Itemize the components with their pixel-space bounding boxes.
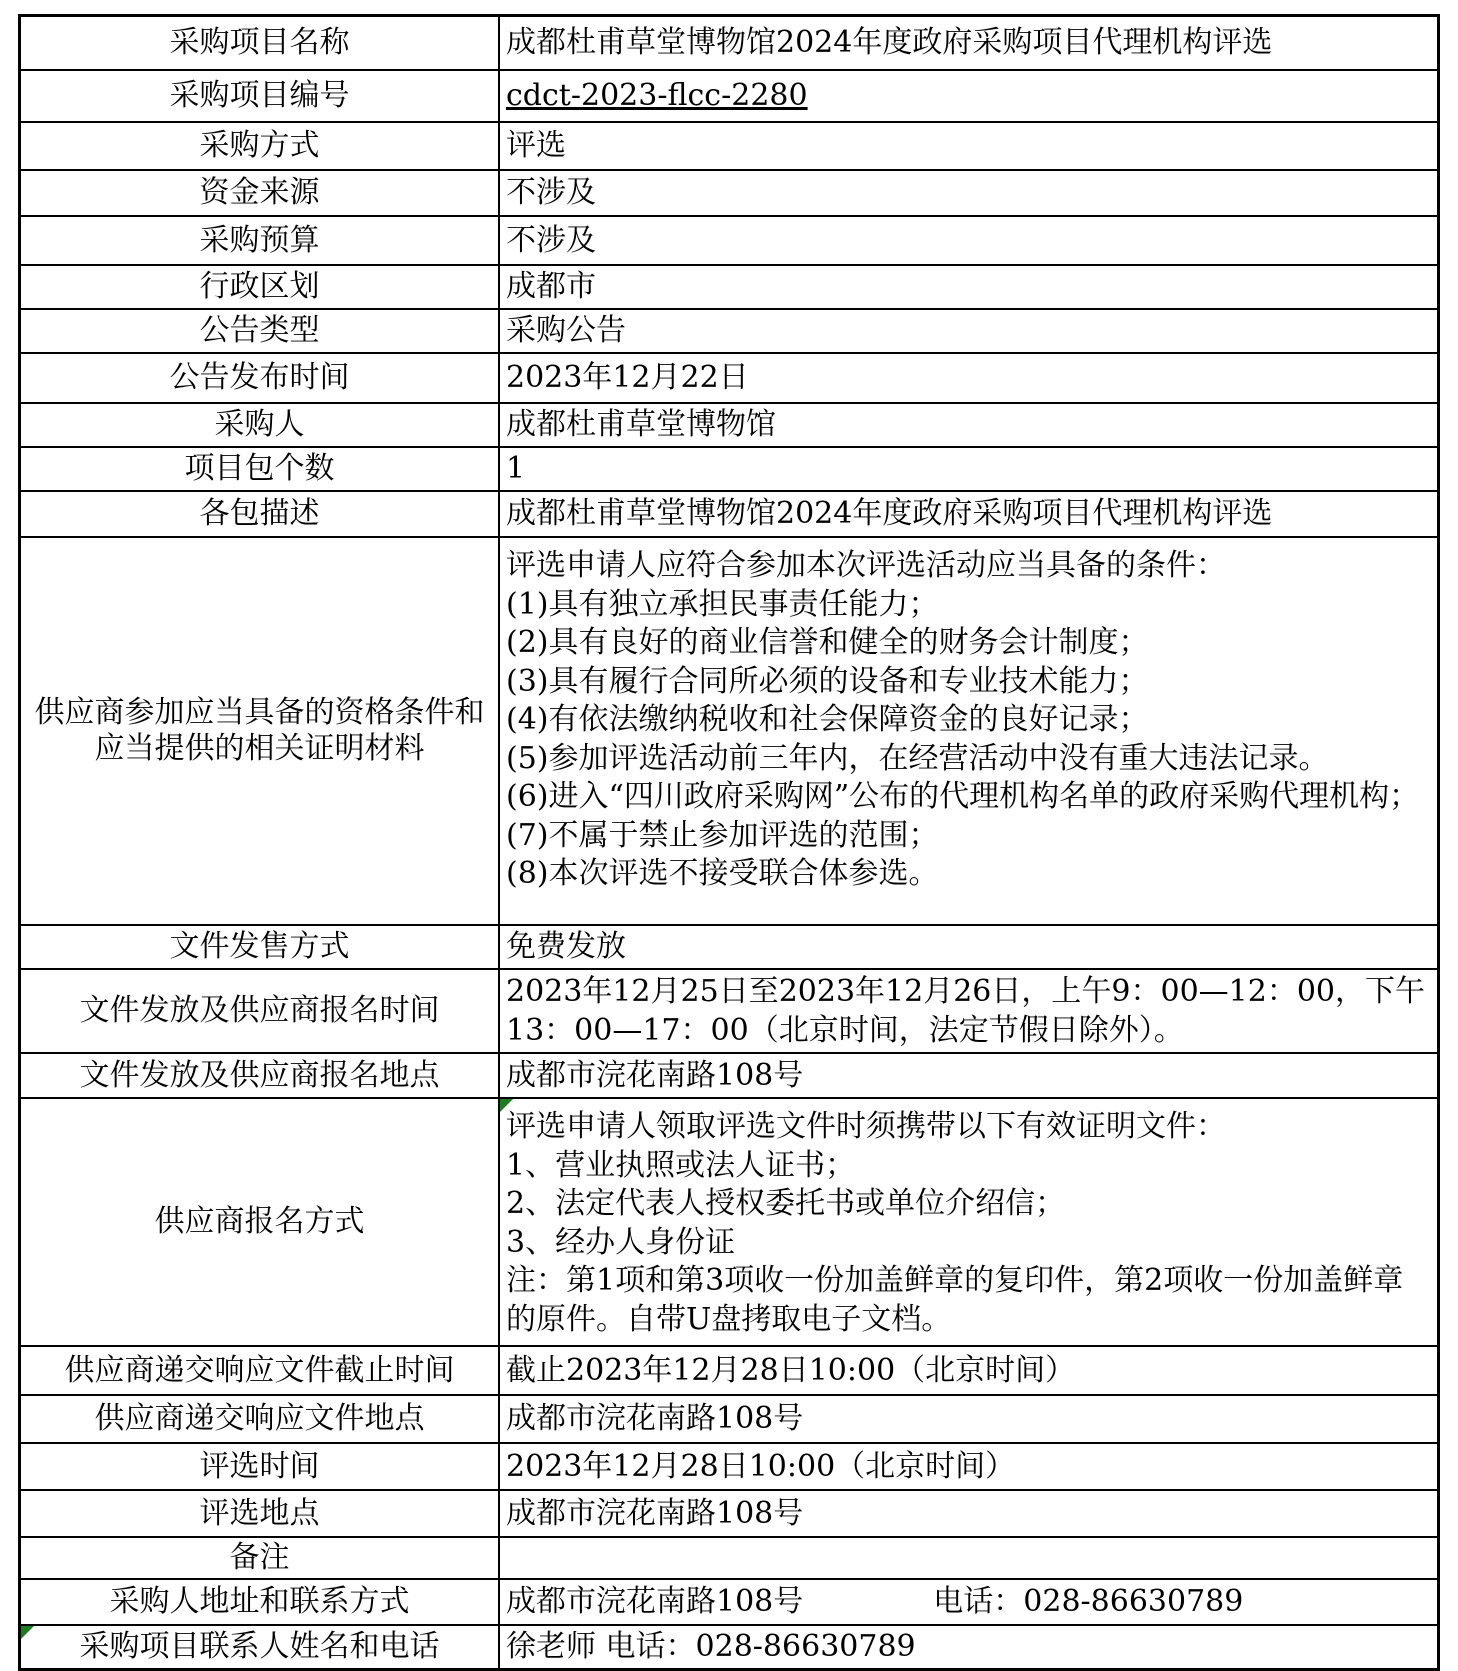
row-label-text: 采购项目联系人姓名和电话 (80, 1629, 440, 1665)
table-row: 采购项目名称成都杜甫草堂博物馆2024年度政府采购项目代理机构评选 (21, 17, 1437, 69)
row-value-line: (4)有依法缴纳税收和社会保障资金的良好记录； (506, 701, 1431, 740)
row-value-text: 评选 (506, 127, 566, 165)
row-value-text: 截止2023年12月28日10:00（北京时间） (506, 1352, 1075, 1390)
row-value-line: 1、营业执照或法人证书； (506, 1147, 1431, 1186)
row-value-text: 1 (506, 450, 525, 488)
row-value-registration-method: 评选申请人领取评选文件时须携带以下有效证明文件：1、营业执照或法人证书；2、法定… (498, 1099, 1437, 1345)
row-label-selection-place: 评选地点 (21, 1491, 498, 1536)
row-value-admin-region: 成都市 (498, 266, 1437, 308)
table-row: 采购预算不涉及 (21, 215, 1437, 264)
table-row: 采购人成都杜甫草堂博物馆 (21, 402, 1437, 446)
table-row: 项目包个数1 (21, 446, 1437, 490)
row-value-text: 不涉及 (506, 174, 596, 212)
row-value-line: 注：第1项和第3项收一份加盖鲜章的复印件，第2项收一份加盖鲜章的原件。自带U盘拷… (506, 1262, 1431, 1339)
procurement-table: 采购项目名称成都杜甫草堂博物馆2024年度政府采购项目代理机构评选采购项目编号c… (18, 14, 1440, 1671)
row-value-funding-source: 不涉及 (498, 171, 1437, 215)
row-label-response-deadline: 供应商递交响应文件截止时间 (21, 1347, 498, 1394)
row-label-text: 供应商递交响应文件地点 (95, 1401, 425, 1437)
row-value-line: 3、经办人身份证 (506, 1224, 1431, 1263)
row-value-package-description: 成都杜甫草堂博物馆2024年度政府采购项目代理机构评选 (498, 492, 1437, 536)
row-label-remarks: 备注 (21, 1538, 498, 1578)
row-value-remarks (498, 1538, 1437, 1578)
row-label-text: 评选时间 (200, 1449, 320, 1485)
row-value-package-count: 1 (498, 448, 1437, 490)
row-value-qualification: 评选申请人应符合参加本次评选活动应当具备的条件：(1)具有独立承担民事责任能力；… (498, 538, 1437, 924)
row-label-project-number: 采购项目编号 (21, 71, 498, 121)
table-row: 文件发放及供应商报名时间2023年12月25日至2023年12月26日，上午9：… (21, 968, 1437, 1052)
row-label-text: 采购预算 (200, 223, 320, 259)
row-value-project-contact: 徐老师 电话：028-86630789 (498, 1626, 1437, 1668)
table-row: 文件发放及供应商报名地点成都市浣花南路108号 (21, 1052, 1437, 1097)
row-label-registration-method: 供应商报名方式 (21, 1099, 498, 1345)
row-label-procurement-method: 采购方式 (21, 123, 498, 169)
row-value-line: 评选申请人应符合参加本次评选活动应当具备的条件： (506, 547, 1431, 586)
excel-flag-icon (21, 1626, 34, 1639)
row-value-response-place: 成都市浣花南路108号 (498, 1396, 1437, 1442)
row-label-text: 采购人地址和联系方式 (110, 1584, 410, 1620)
row-value-document-issue-method: 免费发放 (498, 926, 1437, 968)
table-row: 供应商递交响应文件地点成都市浣花南路108号 (21, 1394, 1437, 1442)
row-label-text: 供应商参加应当具备的资格条件和应当提供的相关证明材料 (31, 695, 488, 767)
row-value-text: 成都杜甫草堂博物馆2024年度政府采购项目代理机构评选 (506, 495, 1272, 533)
row-value-procurement-method: 评选 (498, 123, 1437, 169)
row-value-project-number[interactable]: cdct-2023-flcc-2280 (498, 71, 1437, 121)
row-label-registration-place: 文件发放及供应商报名地点 (21, 1054, 498, 1097)
row-label-text: 项目包个数 (185, 451, 335, 487)
row-label-text: 采购人 (215, 407, 305, 443)
row-value-text: 2023年12月22日 (506, 359, 749, 397)
table-row: 备注 (21, 1536, 1437, 1578)
row-value-response-deadline: 截止2023年12月28日10:00（北京时间） (498, 1347, 1437, 1394)
row-label-text: 公告发布时间 (170, 360, 350, 396)
row-value-text: 成都市浣花南路108号 (506, 1057, 803, 1095)
table-row: 行政区划成都市 (21, 264, 1437, 308)
row-value-project-name: 成都杜甫草堂博物馆2024年度政府采购项目代理机构评选 (498, 17, 1437, 69)
row-label-project-name: 采购项目名称 (21, 17, 498, 69)
row-value-publish-date: 2023年12月22日 (498, 354, 1437, 402)
row-value-text: 徐老师 电话：028-86630789 (506, 1628, 916, 1666)
row-value-phone: 电话：028-86630789 (933, 1583, 1243, 1621)
row-value-purchaser: 成都杜甫草堂博物馆 (498, 404, 1437, 446)
row-label-text: 行政区划 (200, 269, 320, 305)
row-value-text: 2023年12月25日至2023年12月26日，上午9：00—12：00，下午1… (506, 972, 1431, 1050)
row-value-purchaser-contact: 成都市浣花南路108号电话：028-86630789 (498, 1580, 1437, 1624)
row-value-text: 成都市浣花南路108号 (506, 1400, 803, 1438)
row-label-text: 文件发放及供应商报名时间 (80, 993, 440, 1029)
table-row: 供应商递交响应文件截止时间截止2023年12月28日10:00（北京时间） (21, 1345, 1437, 1394)
table-row: 采购项目编号cdct-2023-flcc-2280 (21, 69, 1437, 121)
row-label-document-issue-method: 文件发售方式 (21, 926, 498, 968)
row-label-project-contact: 采购项目联系人姓名和电话 (21, 1626, 498, 1668)
row-label-text: 供应商递交响应文件截止时间 (65, 1353, 455, 1389)
row-label-package-count: 项目包个数 (21, 448, 498, 490)
row-value-text: 不涉及 (506, 222, 596, 260)
row-label-text: 各包描述 (200, 496, 320, 532)
row-label-registration-time: 文件发放及供应商报名时间 (21, 970, 498, 1052)
row-value-budget: 不涉及 (498, 217, 1437, 264)
row-label-selection-time: 评选时间 (21, 1444, 498, 1489)
row-value-registration-place: 成都市浣花南路108号 (498, 1054, 1437, 1097)
row-label-package-description: 各包描述 (21, 492, 498, 536)
row-value-selection-place: 成都市浣花南路108号 (498, 1491, 1437, 1536)
row-value-notice-type: 采购公告 (498, 310, 1437, 352)
row-label-text: 备注 (230, 1540, 290, 1576)
row-value-line: (1)具有独立承担民事责任能力； (506, 586, 1431, 625)
project-number-link[interactable]: cdct-2023-flcc-2280 (506, 77, 808, 115)
row-value-text: 采购公告 (506, 312, 626, 350)
row-value-registration-time: 2023年12月25日至2023年12月26日，上午9：00—12：00，下午1… (498, 970, 1437, 1052)
table-row: 评选时间2023年12月28日10:00（北京时间） (21, 1442, 1437, 1489)
row-label-budget: 采购预算 (21, 217, 498, 264)
table-row: 文件发售方式免费发放 (21, 924, 1437, 968)
table-row: 评选地点成都市浣花南路108号 (21, 1489, 1437, 1536)
row-label-admin-region: 行政区划 (21, 266, 498, 308)
row-value-text: 免费发放 (506, 928, 626, 966)
excel-flag-icon (500, 1099, 513, 1112)
row-label-text: 供应商报名方式 (155, 1204, 365, 1240)
table-row: 采购人地址和联系方式成都市浣花南路108号电话：028-86630789 (21, 1578, 1437, 1624)
table-row: 供应商报名方式评选申请人领取评选文件时须携带以下有效证明文件：1、营业执照或法人… (21, 1097, 1437, 1345)
row-label-purchaser-contact: 采购人地址和联系方式 (21, 1580, 498, 1624)
row-label-text: 资金来源 (200, 175, 320, 211)
table-row: 供应商参加应当具备的资格条件和应当提供的相关证明材料评选申请人应符合参加本次评选… (21, 536, 1437, 924)
row-label-text: 采购项目编号 (170, 78, 350, 114)
row-value-selection-time: 2023年12月28日10:00（北京时间） (498, 1444, 1437, 1489)
row-label-text: 采购项目名称 (170, 25, 350, 61)
row-value-line: (5)参加评选活动前三年内，在经营活动中没有重大违法记录。 (506, 740, 1431, 779)
row-value-text: 2023年12月28日10:00（北京时间） (506, 1448, 1015, 1486)
row-value-line: 评选申请人领取评选文件时须携带以下有效证明文件： (506, 1108, 1431, 1147)
row-value-line: (7)不属于禁止参加评选的范围； (506, 817, 1431, 856)
row-value-line: 2、法定代表人授权委托书或单位介绍信； (506, 1185, 1431, 1224)
table-row: 采购方式评选 (21, 121, 1437, 169)
row-label-funding-source: 资金来源 (21, 171, 498, 215)
row-label-text: 采购方式 (200, 128, 320, 164)
table-row: 公告类型采购公告 (21, 308, 1437, 352)
row-value-text: 成都杜甫草堂博物馆2024年度政府采购项目代理机构评选 (506, 24, 1272, 62)
table-row: 资金来源不涉及 (21, 169, 1437, 215)
row-label-text: 评选地点 (200, 1496, 320, 1532)
row-label-response-place: 供应商递交响应文件地点 (21, 1396, 498, 1442)
row-label-purchaser: 采购人 (21, 404, 498, 446)
row-value-line: (2)具有良好的商业信誉和健全的财务会计制度； (506, 624, 1431, 663)
row-value-text: 成都杜甫草堂博物馆 (506, 406, 776, 444)
row-value-line: (6)进入“四川政府采购网”公布的代理机构名单的政府采购代理机构； (506, 778, 1431, 817)
row-value-text: 成都市浣花南路108号 (506, 1583, 803, 1621)
row-value-text: 成都市浣花南路108号 (506, 1495, 803, 1533)
row-value-line: (3)具有履行合同所必须的设备和专业技术能力； (506, 663, 1431, 702)
row-label-text: 文件发售方式 (170, 929, 350, 965)
row-label-text: 公告类型 (200, 313, 320, 349)
row-value-text: 成都市 (506, 268, 596, 306)
row-value-line: (8)本次评选不接受联合体参选。 (506, 855, 1431, 894)
table-row: 公告发布时间2023年12月22日 (21, 352, 1437, 402)
table-row: 采购项目联系人姓名和电话徐老师 电话：028-86630789 (21, 1624, 1437, 1668)
row-label-publish-date: 公告发布时间 (21, 354, 498, 402)
row-label-notice-type: 公告类型 (21, 310, 498, 352)
row-label-qualification: 供应商参加应当具备的资格条件和应当提供的相关证明材料 (21, 538, 498, 924)
table-row: 各包描述成都杜甫草堂博物馆2024年度政府采购项目代理机构评选 (21, 490, 1437, 536)
row-label-text: 文件发放及供应商报名地点 (80, 1058, 440, 1094)
